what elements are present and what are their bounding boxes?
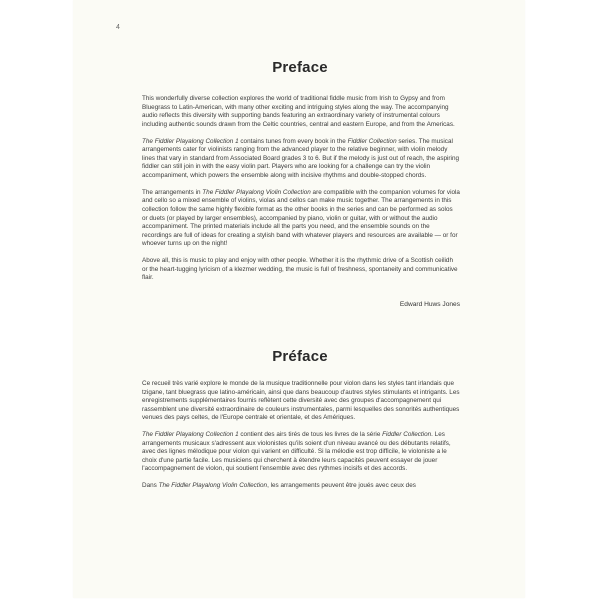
text-run: Above all, this is music to play and enj… [142,257,458,281]
text-run: The arrangements in [142,189,202,196]
paragraph: Dans The Fiddler Playalong Violin Collec… [142,482,460,491]
text-run: contains tunes from every book in the [239,138,348,145]
italic-title-run: Fiddler Collection [348,138,397,145]
paragraph: The arrangements in The Fiddler Playalon… [142,189,460,249]
italic-title-run: The Fiddler Playalong Violin Collection [202,189,311,196]
italic-title-run: The Fiddler Playalong Collection 1 [142,431,239,438]
preface-body-french: Ce recueil très varié explore le monde d… [142,380,460,500]
italic-title-run: The Fiddler Playalong Violin Collection [159,482,268,489]
paragraph: The Fiddler Playalong Collection 1 conta… [142,138,460,181]
text-run: Dans [142,482,159,489]
paragraph: Above all, this is music to play and enj… [142,257,460,283]
text-run: Ce recueil très varié explore le monde d… [142,380,460,421]
page-number: 4 [116,24,120,31]
document-page [73,0,525,598]
author-signature: Edward Huws Jones [142,301,460,308]
text-run: , les arrangements peuvent être joués av… [267,482,416,489]
preface-heading-english: Preface [0,59,600,76]
preface-heading-french: Préface [0,348,600,365]
italic-title-run: The Fiddler Playalong Collection 1 [142,138,239,145]
paragraph: This wonderfully diverse collection expl… [142,95,460,129]
text-run: This wonderfully diverse collection expl… [142,95,455,128]
italic-title-run: Fiddler Collection [382,431,431,438]
preface-body-english: This wonderfully diverse collection expl… [142,95,460,291]
paragraph: The Fiddler Playalong Collection 1 conti… [142,431,460,474]
text-run: contient des airs tirés de tous les livr… [239,431,383,438]
paragraph: Ce recueil très varié explore le monde d… [142,380,460,423]
text-run: are compatible with the companion volume… [142,189,460,247]
